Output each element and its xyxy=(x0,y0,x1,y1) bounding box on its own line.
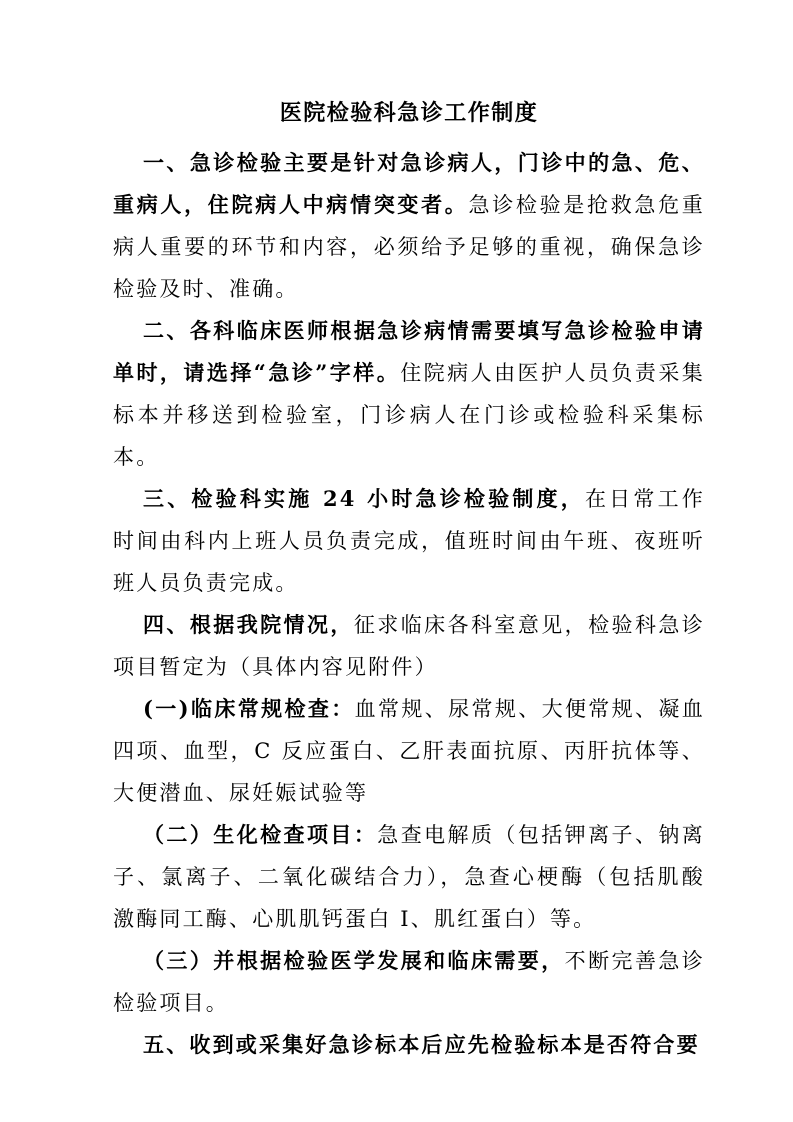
paragraph-1: 一、急诊检验主要是针对急诊病人，门诊中的急、危、重病人，住院病人中病情突变者。急… xyxy=(113,142,705,310)
paragraph-3: 三、检验科实施 24 小时急诊检验制度，在日常工作时间由科内上班人员负责完成，值… xyxy=(113,478,705,604)
paragraph-4-lead: 四、根据我院情况， xyxy=(143,612,354,637)
paragraph-8-lead: 五、收到或采集好急诊标本后应先检验标本是否符合要 xyxy=(143,1032,700,1057)
paragraph-4: 四、根据我院情况，征求临床各科室意见，检验科急诊项目暂定为（具体内容见附件） xyxy=(113,604,705,688)
paragraph-3-lead: 三、检验科实施 24 小时急诊检验制度， xyxy=(143,486,585,511)
document-title: 医院检验科急诊工作制度 xyxy=(113,96,705,130)
paragraph-7-lead: （三）并根据检验医学发展和临床需要， xyxy=(143,948,565,973)
paragraph-5-lead: (一)临床常规检查： xyxy=(143,696,355,721)
paragraph-8: 五、收到或采集好急诊标本后应先检验标本是否符合要 xyxy=(113,1024,705,1066)
paragraph-6-lead: （二）生化检查项目： xyxy=(143,822,377,847)
paragraph-5-clinical-routine: (一)临床常规检查：血常规、尿常规、大便常规、凝血四项、血型，C 反应蛋白、乙肝… xyxy=(113,688,705,814)
document-content: 医院检验科急诊工作制度 一、急诊检验主要是针对急诊病人，门诊中的急、危、重病人，… xyxy=(113,96,705,1066)
paragraph-6-biochem-items: （二）生化检查项目：急查电解质（包括钾离子、钠离子、氯离子、二氧化碳结合力），急… xyxy=(113,814,705,940)
paragraph-2: 二、各科临床医师根据急诊病情需要填写急诊检验申请单时，请选择“急诊”字样。住院病… xyxy=(113,310,705,478)
document-page: 医院检验科急诊工作制度 一、急诊检验主要是针对急诊病人，门诊中的急、危、重病人，… xyxy=(0,0,793,1122)
paragraph-7: （三）并根据检验医学发展和临床需要，不断完善急诊检验项目。 xyxy=(113,940,705,1024)
